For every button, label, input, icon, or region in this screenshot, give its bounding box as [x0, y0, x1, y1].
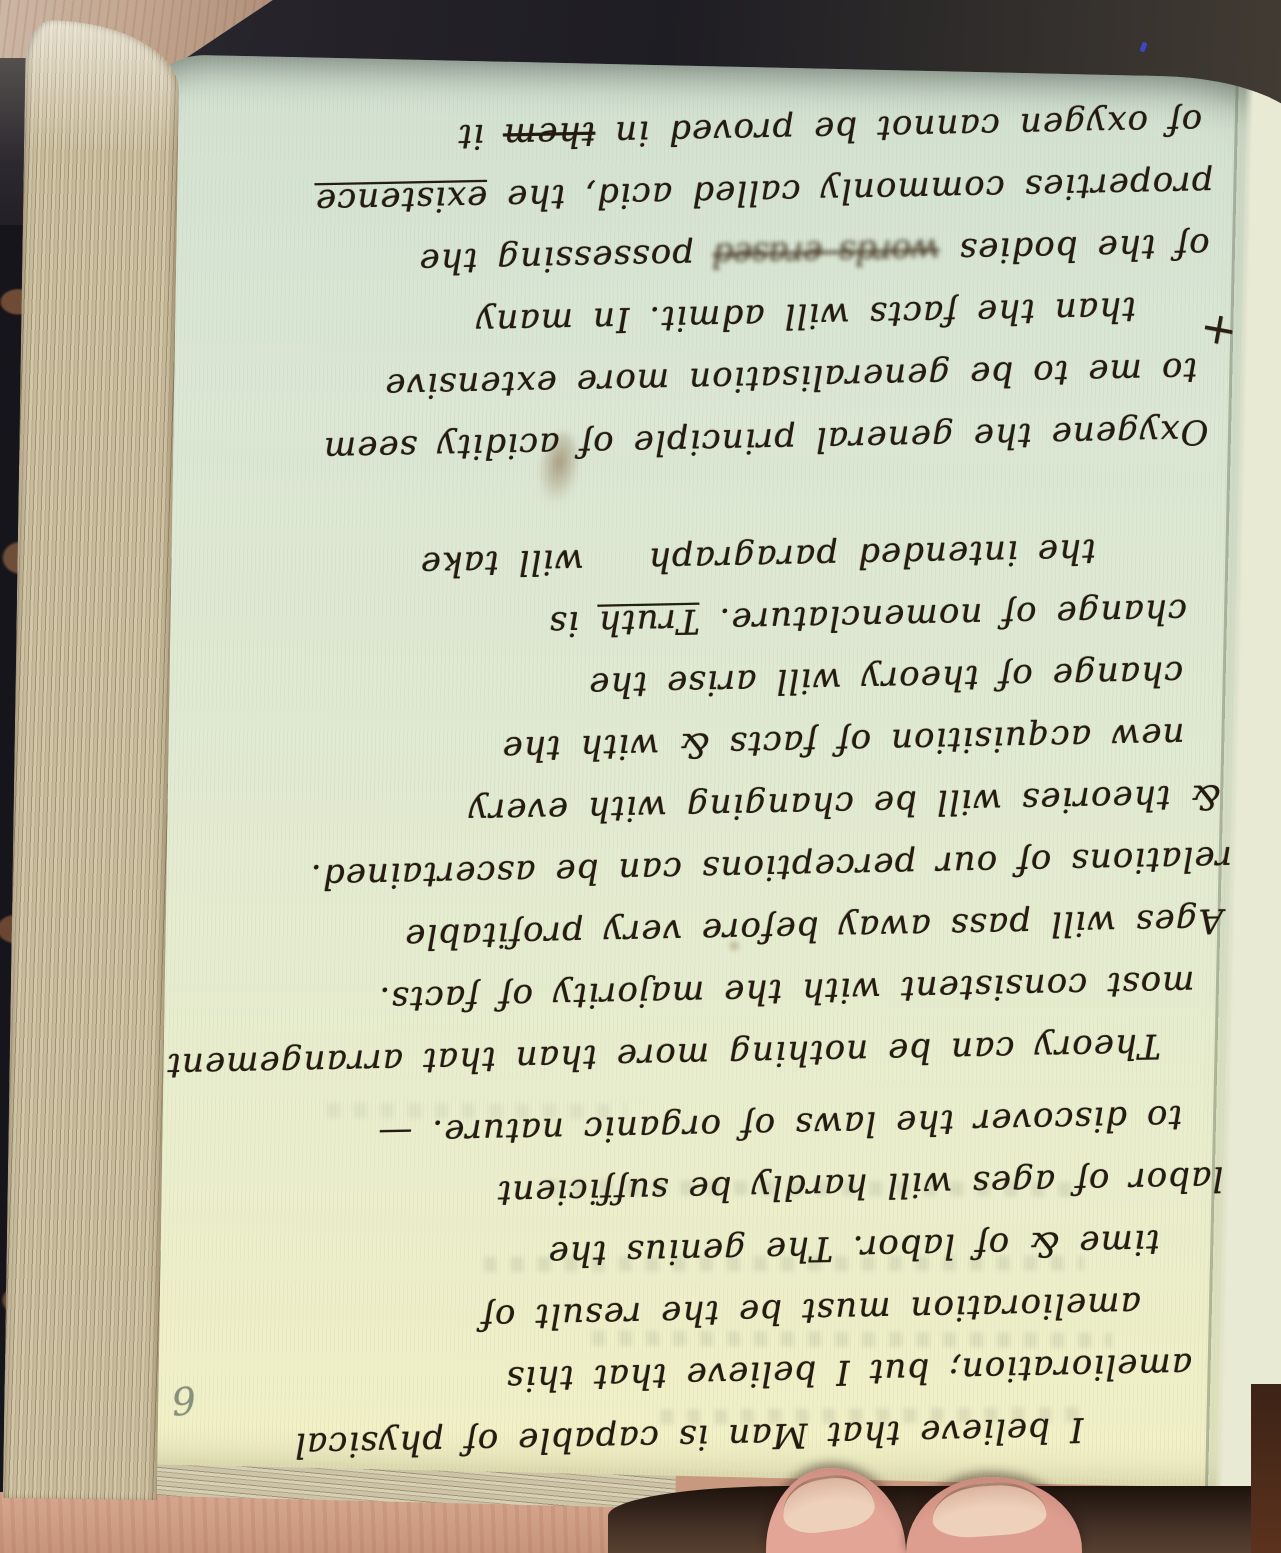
underlined-word: existence	[315, 178, 488, 221]
line-text: will take	[419, 541, 584, 584]
line-text: of the bodies	[939, 225, 1210, 270]
fingernail	[930, 1479, 1047, 1540]
manuscript-page: I believe that Man is capable of physica…	[119, 54, 1281, 1489]
underlined-word: Truth	[598, 601, 701, 643]
line-text: properties commonly called acid, the	[487, 163, 1214, 218]
line-text: of oxygen cannot be proved in	[595, 102, 1203, 154]
struck-word: them	[503, 114, 596, 156]
fingertip	[766, 1468, 906, 1553]
line-text: is	[548, 603, 598, 644]
photo-scene: I believe that Man is capable of physica…	[0, 0, 1281, 1553]
line-text: it	[457, 116, 503, 157]
page-edges-left	[3, 20, 180, 1500]
fingernail	[779, 1470, 878, 1537]
line-text: change of nomenclature.	[699, 591, 1187, 641]
erased-words-smudge: words erased	[713, 231, 941, 276]
line-text: possessing the	[418, 235, 713, 281]
handwritten-text-upside-down: I believe that Man is capable of physica…	[138, 63, 1244, 1488]
line-text: the intended paragraph	[648, 531, 1097, 580]
cover-edge-right	[1251, 1384, 1281, 1553]
word-gap	[584, 549, 648, 550]
